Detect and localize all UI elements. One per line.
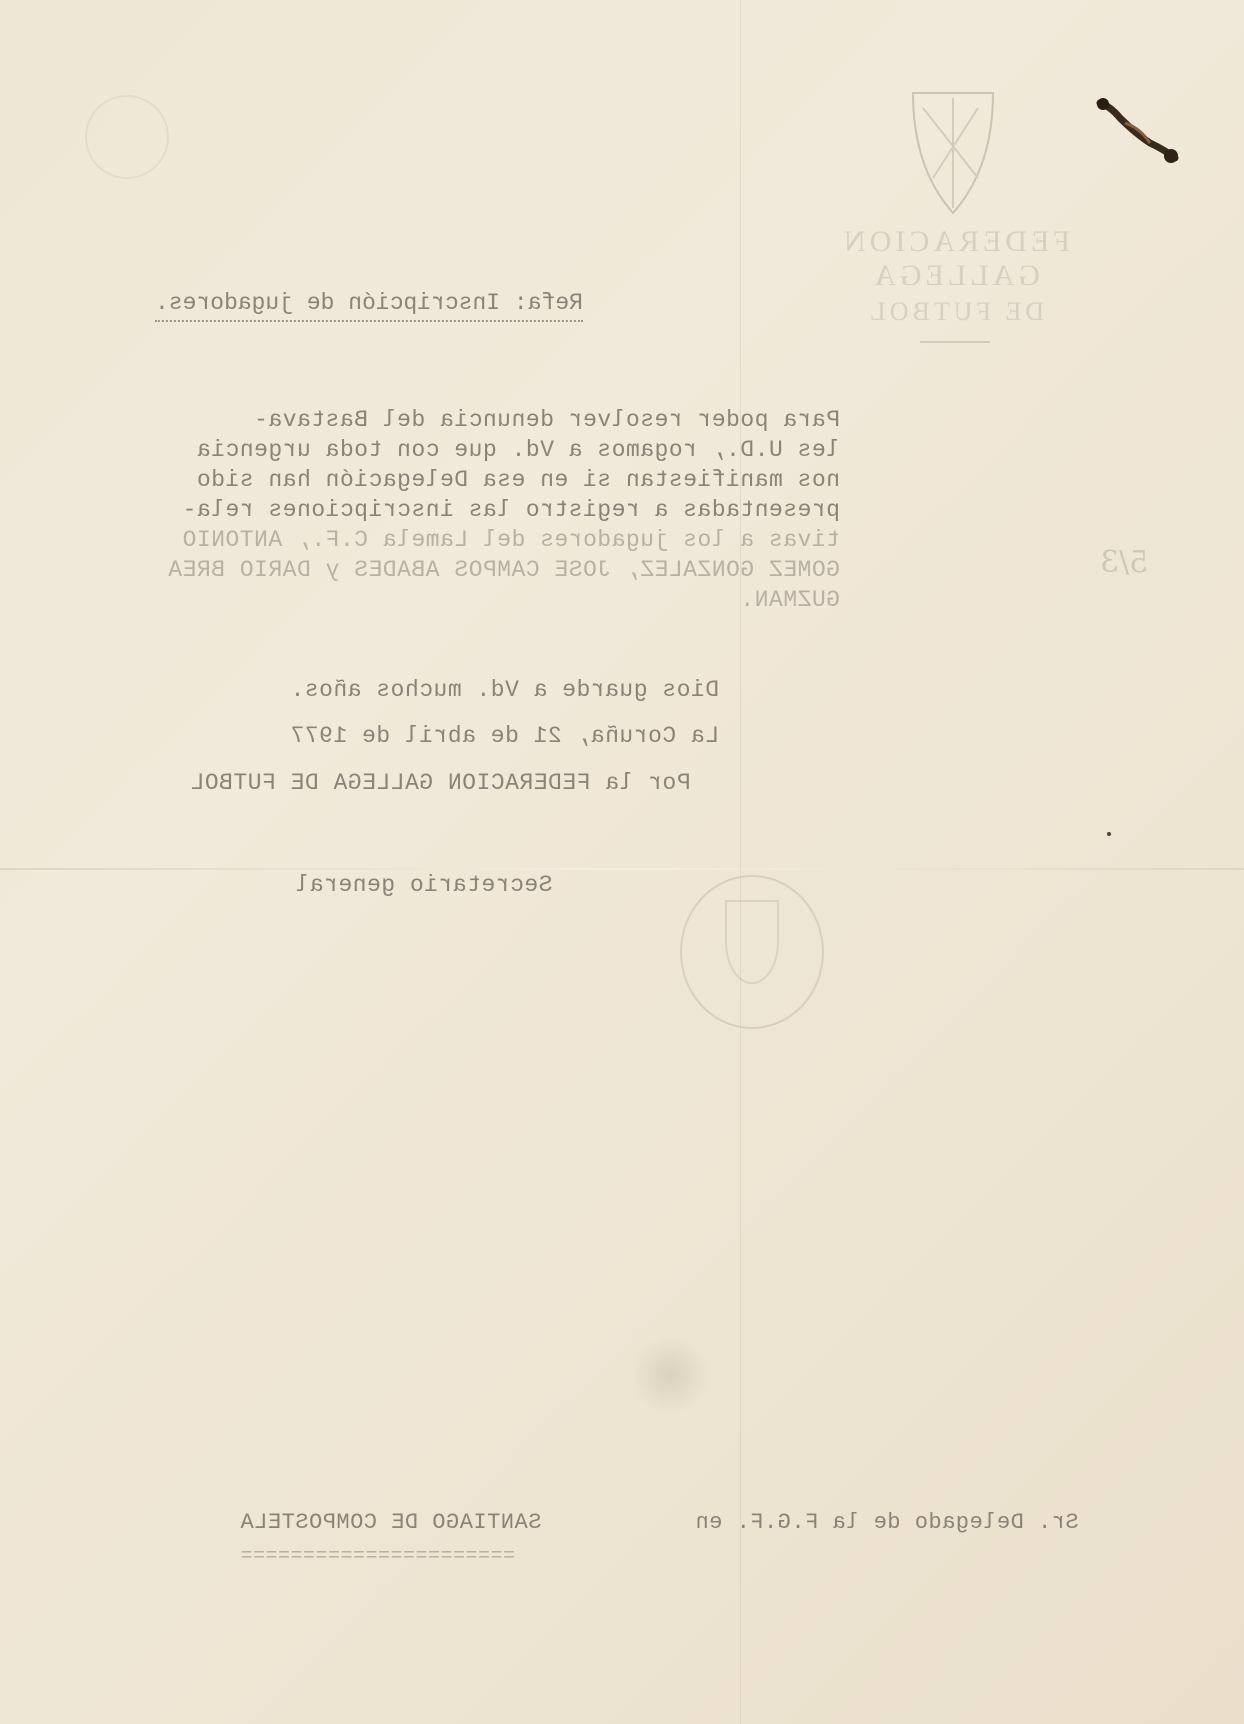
ink-smudge: [630, 1335, 710, 1415]
stamp-shield-icon: [725, 900, 779, 984]
letterhead-line1: FEDERACION GALLEGA: [840, 225, 1070, 292]
addressee-underline: ======================: [240, 1545, 515, 1568]
burn-mark: [1095, 98, 1180, 168]
body-line: GOMEZ GONZALEZ, JOSE CAMPOS ABADES y DAR…: [190, 555, 840, 585]
body-line: presentadas a registro las inscripciones…: [190, 495, 840, 525]
signature-org: Por la FEDERACION GALLEGA DE FUTBOL: [190, 770, 691, 796]
faint-seal-icon: [85, 95, 169, 179]
letter-body: Para poder resolver denuncia del Bastava…: [190, 405, 840, 615]
paper-fold-horizontal: [0, 868, 1244, 870]
letterhead-line2: DE FUTBOL: [755, 297, 1155, 327]
subject-line: Refa: Inscripción de jugadores.: [155, 290, 583, 322]
closing-line: Dios guarde a Vd. muchos años.: [290, 677, 719, 703]
body-line: Para poder resolver denuncia del Bastava…: [190, 405, 840, 435]
addressee: Sr. Delegado de la F.G.F. en: [695, 1510, 1079, 1535]
signatory-title: Secretario general: [295, 872, 552, 898]
ink-dot: [1107, 832, 1111, 836]
federation-shield-icon: [908, 88, 998, 218]
body-line: tivas a los jugadores del Lamela C.F., A…: [190, 525, 840, 555]
paper-fold-vertical: [740, 0, 741, 1724]
body-line: GUZMAN.: [190, 585, 840, 615]
letterhead: FEDERACION GALLEGA DE FUTBOL: [755, 225, 1155, 343]
body-line: les U.D., rogamos a Vd. que con toda urg…: [190, 435, 840, 465]
body-line: nos manifiestan si en esa Delegación han…: [190, 465, 840, 495]
letterhead-rule: [920, 341, 990, 343]
addressee-city: SANTIAGO DE COMPOSTELA: [240, 1510, 541, 1535]
place-date: La Coruña, 21 de abril de 1977: [290, 723, 719, 749]
handwritten-note: 5/3: [1100, 545, 1148, 580]
